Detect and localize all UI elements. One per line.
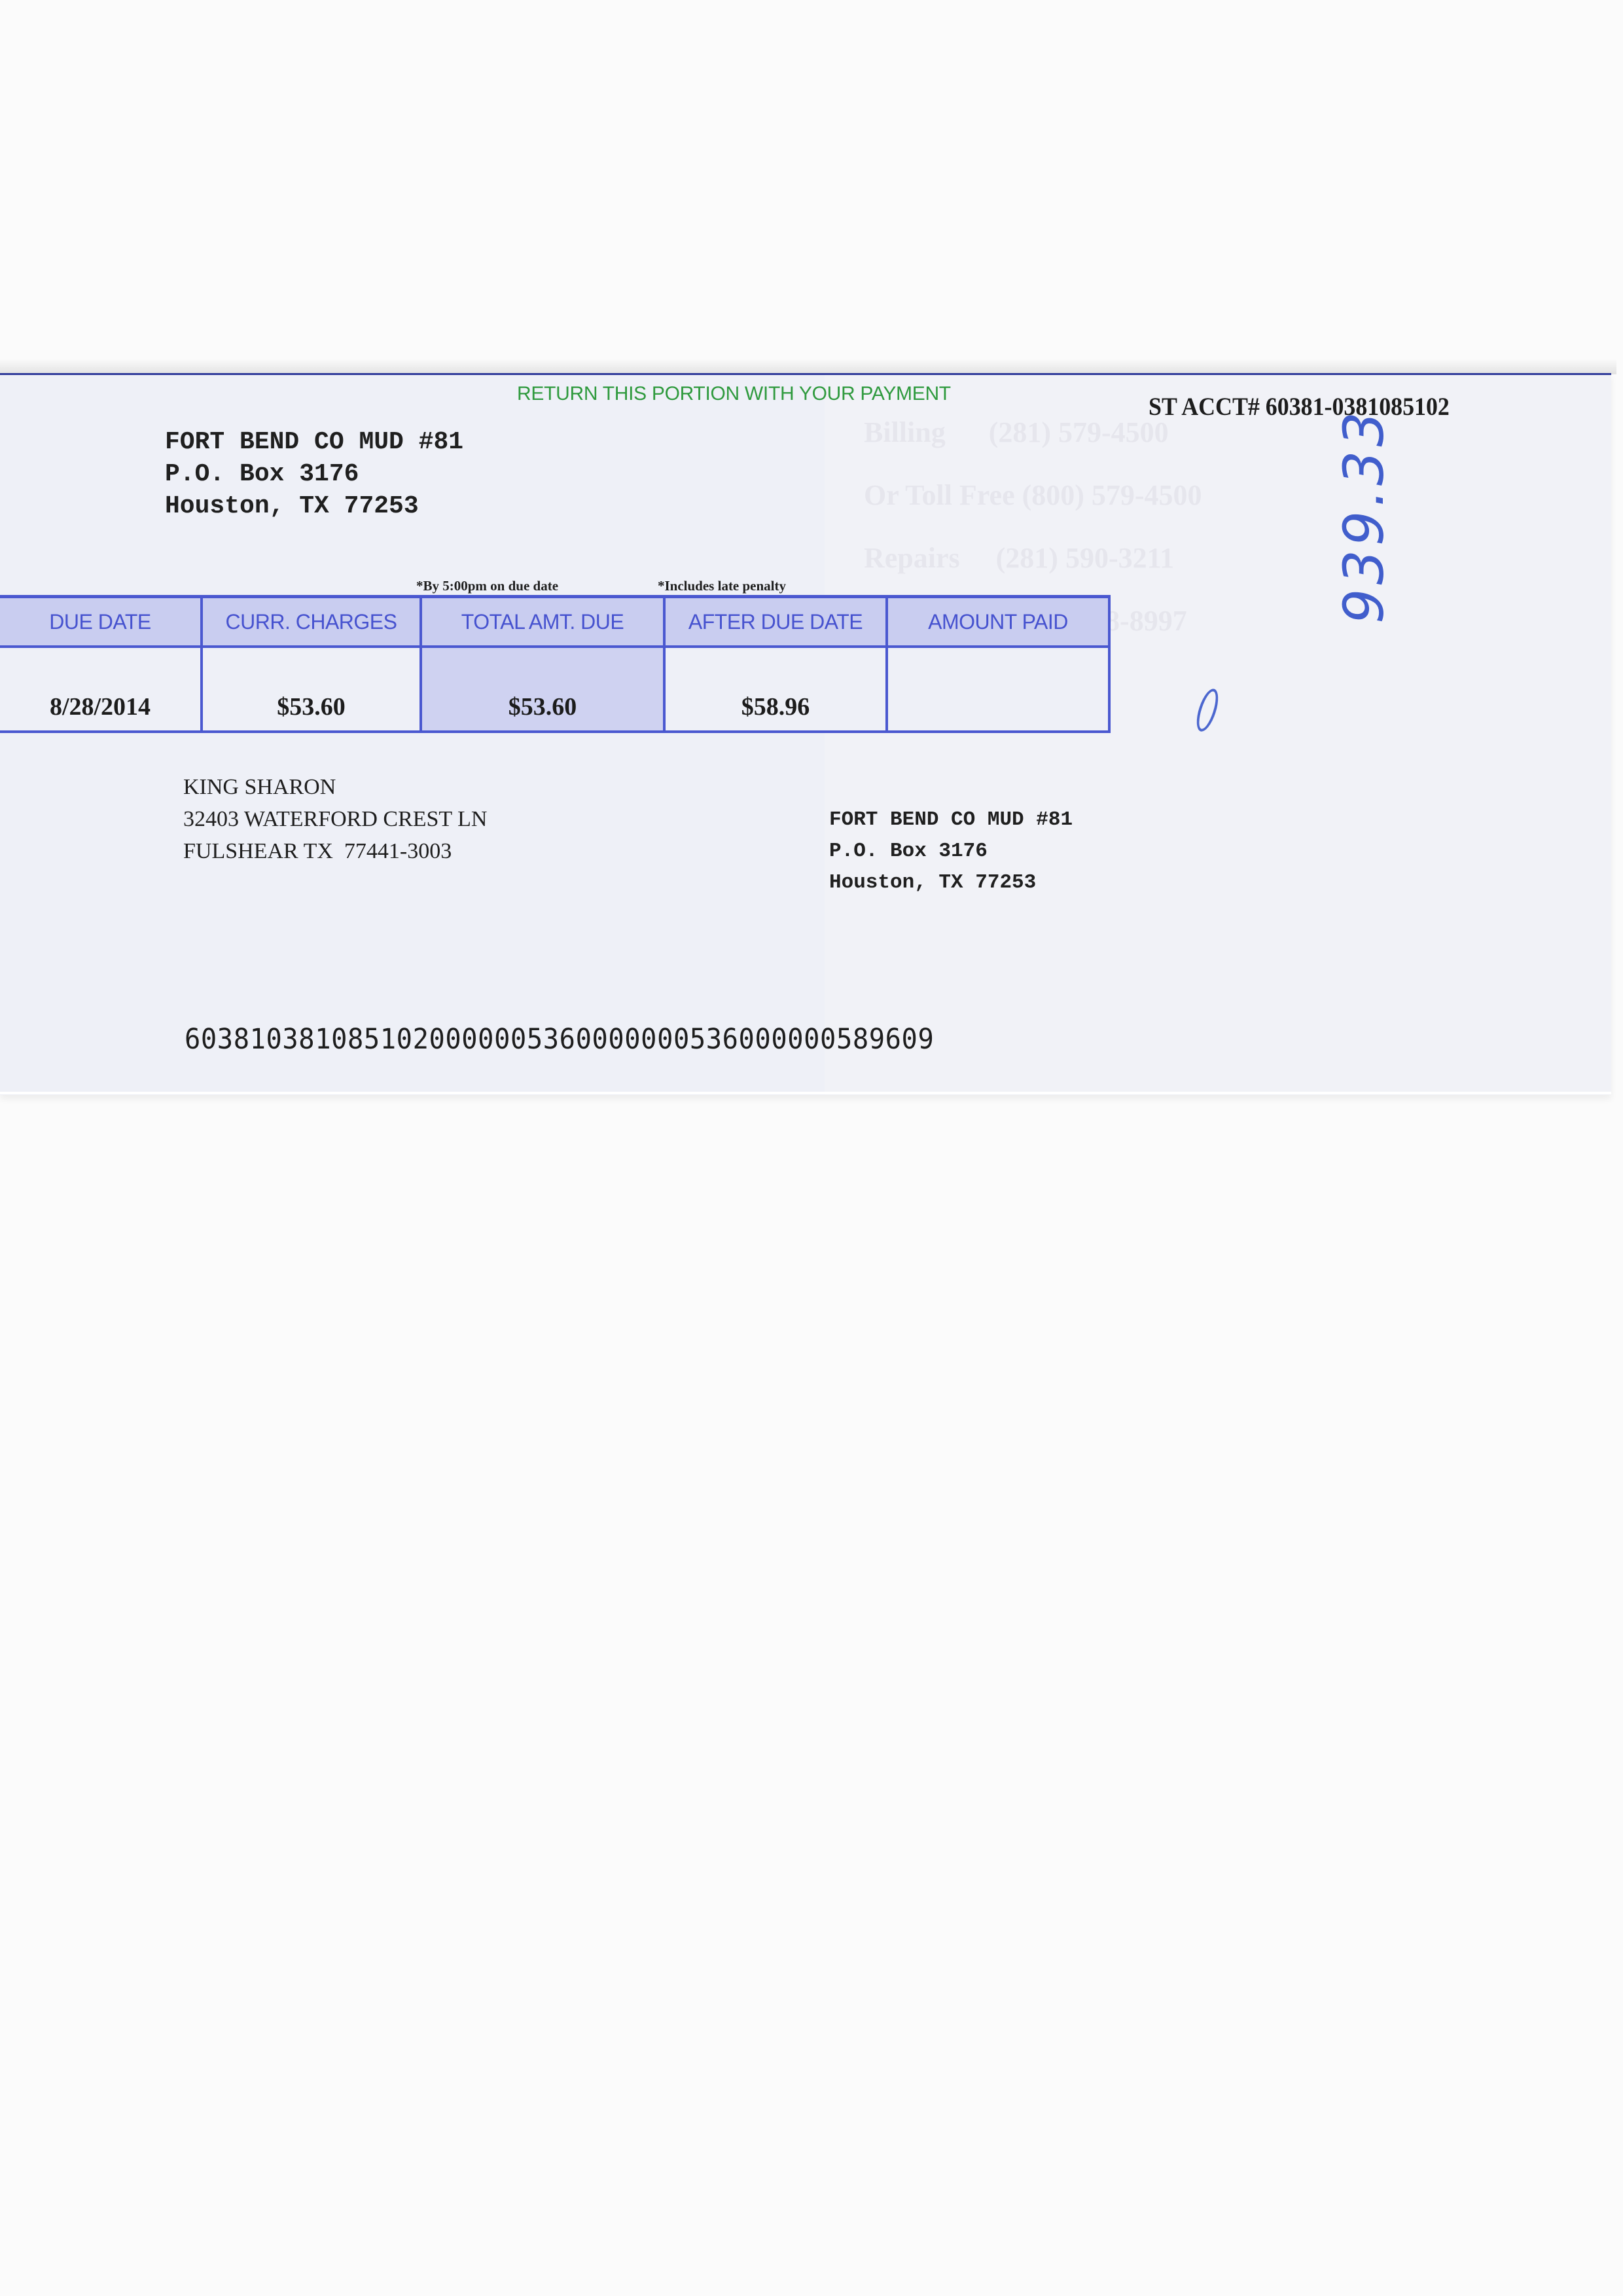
customer-name: KING SHARON [183,771,487,803]
amount-paid-field[interactable] [887,647,1109,732]
due-date-value: 8/28/2014 [0,647,202,732]
remit-po-box: P.O. Box 3176 [829,836,1073,867]
total-amt-due-value: $53.60 [421,647,664,732]
remit-name: FORT BEND CO MUD #81 [829,804,1073,836]
payment-summary-table: DUE DATE CURR. CHARGES TOTAL AMT. DUE AF… [0,595,1111,733]
scan-shadow [0,359,1616,374]
account-number: ST ACCT# 60381-0381085102 [1149,392,1450,422]
remit-city: Houston, TX 77253 [829,867,1073,899]
header-total-amt-due: TOTAL AMT. DUE [421,597,664,647]
table-row: 8/28/2014 $53.60 $53.60 $58.96 [0,647,1109,732]
header-after-due-date: AFTER DUE DATE [664,597,887,647]
remit-po-box: P.O. Box 3176 [165,458,463,490]
account-label: ST ACCT# [1149,393,1260,421]
header-amount-paid: AMOUNT PAID [887,597,1109,647]
remit-address-top: FORT BEND CO MUD #81 P.O. Box 3176 Houst… [165,426,463,522]
remit-address-bottom: FORT BEND CO MUD #81 P.O. Box 3176 Houst… [829,804,1073,899]
footnote-after-due: *Includes late penalty [658,578,786,594]
header-due-date: DUE DATE [0,597,202,647]
footnote-total-due: *By 5:00pm on due date [416,578,558,594]
header-curr-charges: CURR. CHARGES [202,597,421,647]
handwritten-amount: 939.33 [1332,408,1396,624]
customer-street: 32403 WATERFORD CREST LN [183,803,487,835]
remit-city: Houston, TX 77253 [165,490,463,522]
stub-bottom-edge [0,1092,1611,1094]
remit-name: FORT BEND CO MUD #81 [165,426,463,458]
payment-stub: Billing (281) 579-4500 Or Toll Free (800… [0,373,1611,1095]
table-header-row: DUE DATE CURR. CHARGES TOTAL AMT. DUE AF… [0,597,1109,647]
customer-address: KING SHARON 32403 WATERFORD CREST LN FUL… [183,771,487,867]
return-instruction: RETURN THIS PORTION WITH YOUR PAYMENT [517,383,951,405]
after-due-date-value: $58.96 [664,647,887,732]
ocr-scan-line: 6038103810851020000005360000000536000000… [185,1023,934,1056]
curr-charges-value: $53.60 [202,647,421,732]
customer-city-state-zip: FULSHEAR TX 77441-3003 [183,835,487,867]
